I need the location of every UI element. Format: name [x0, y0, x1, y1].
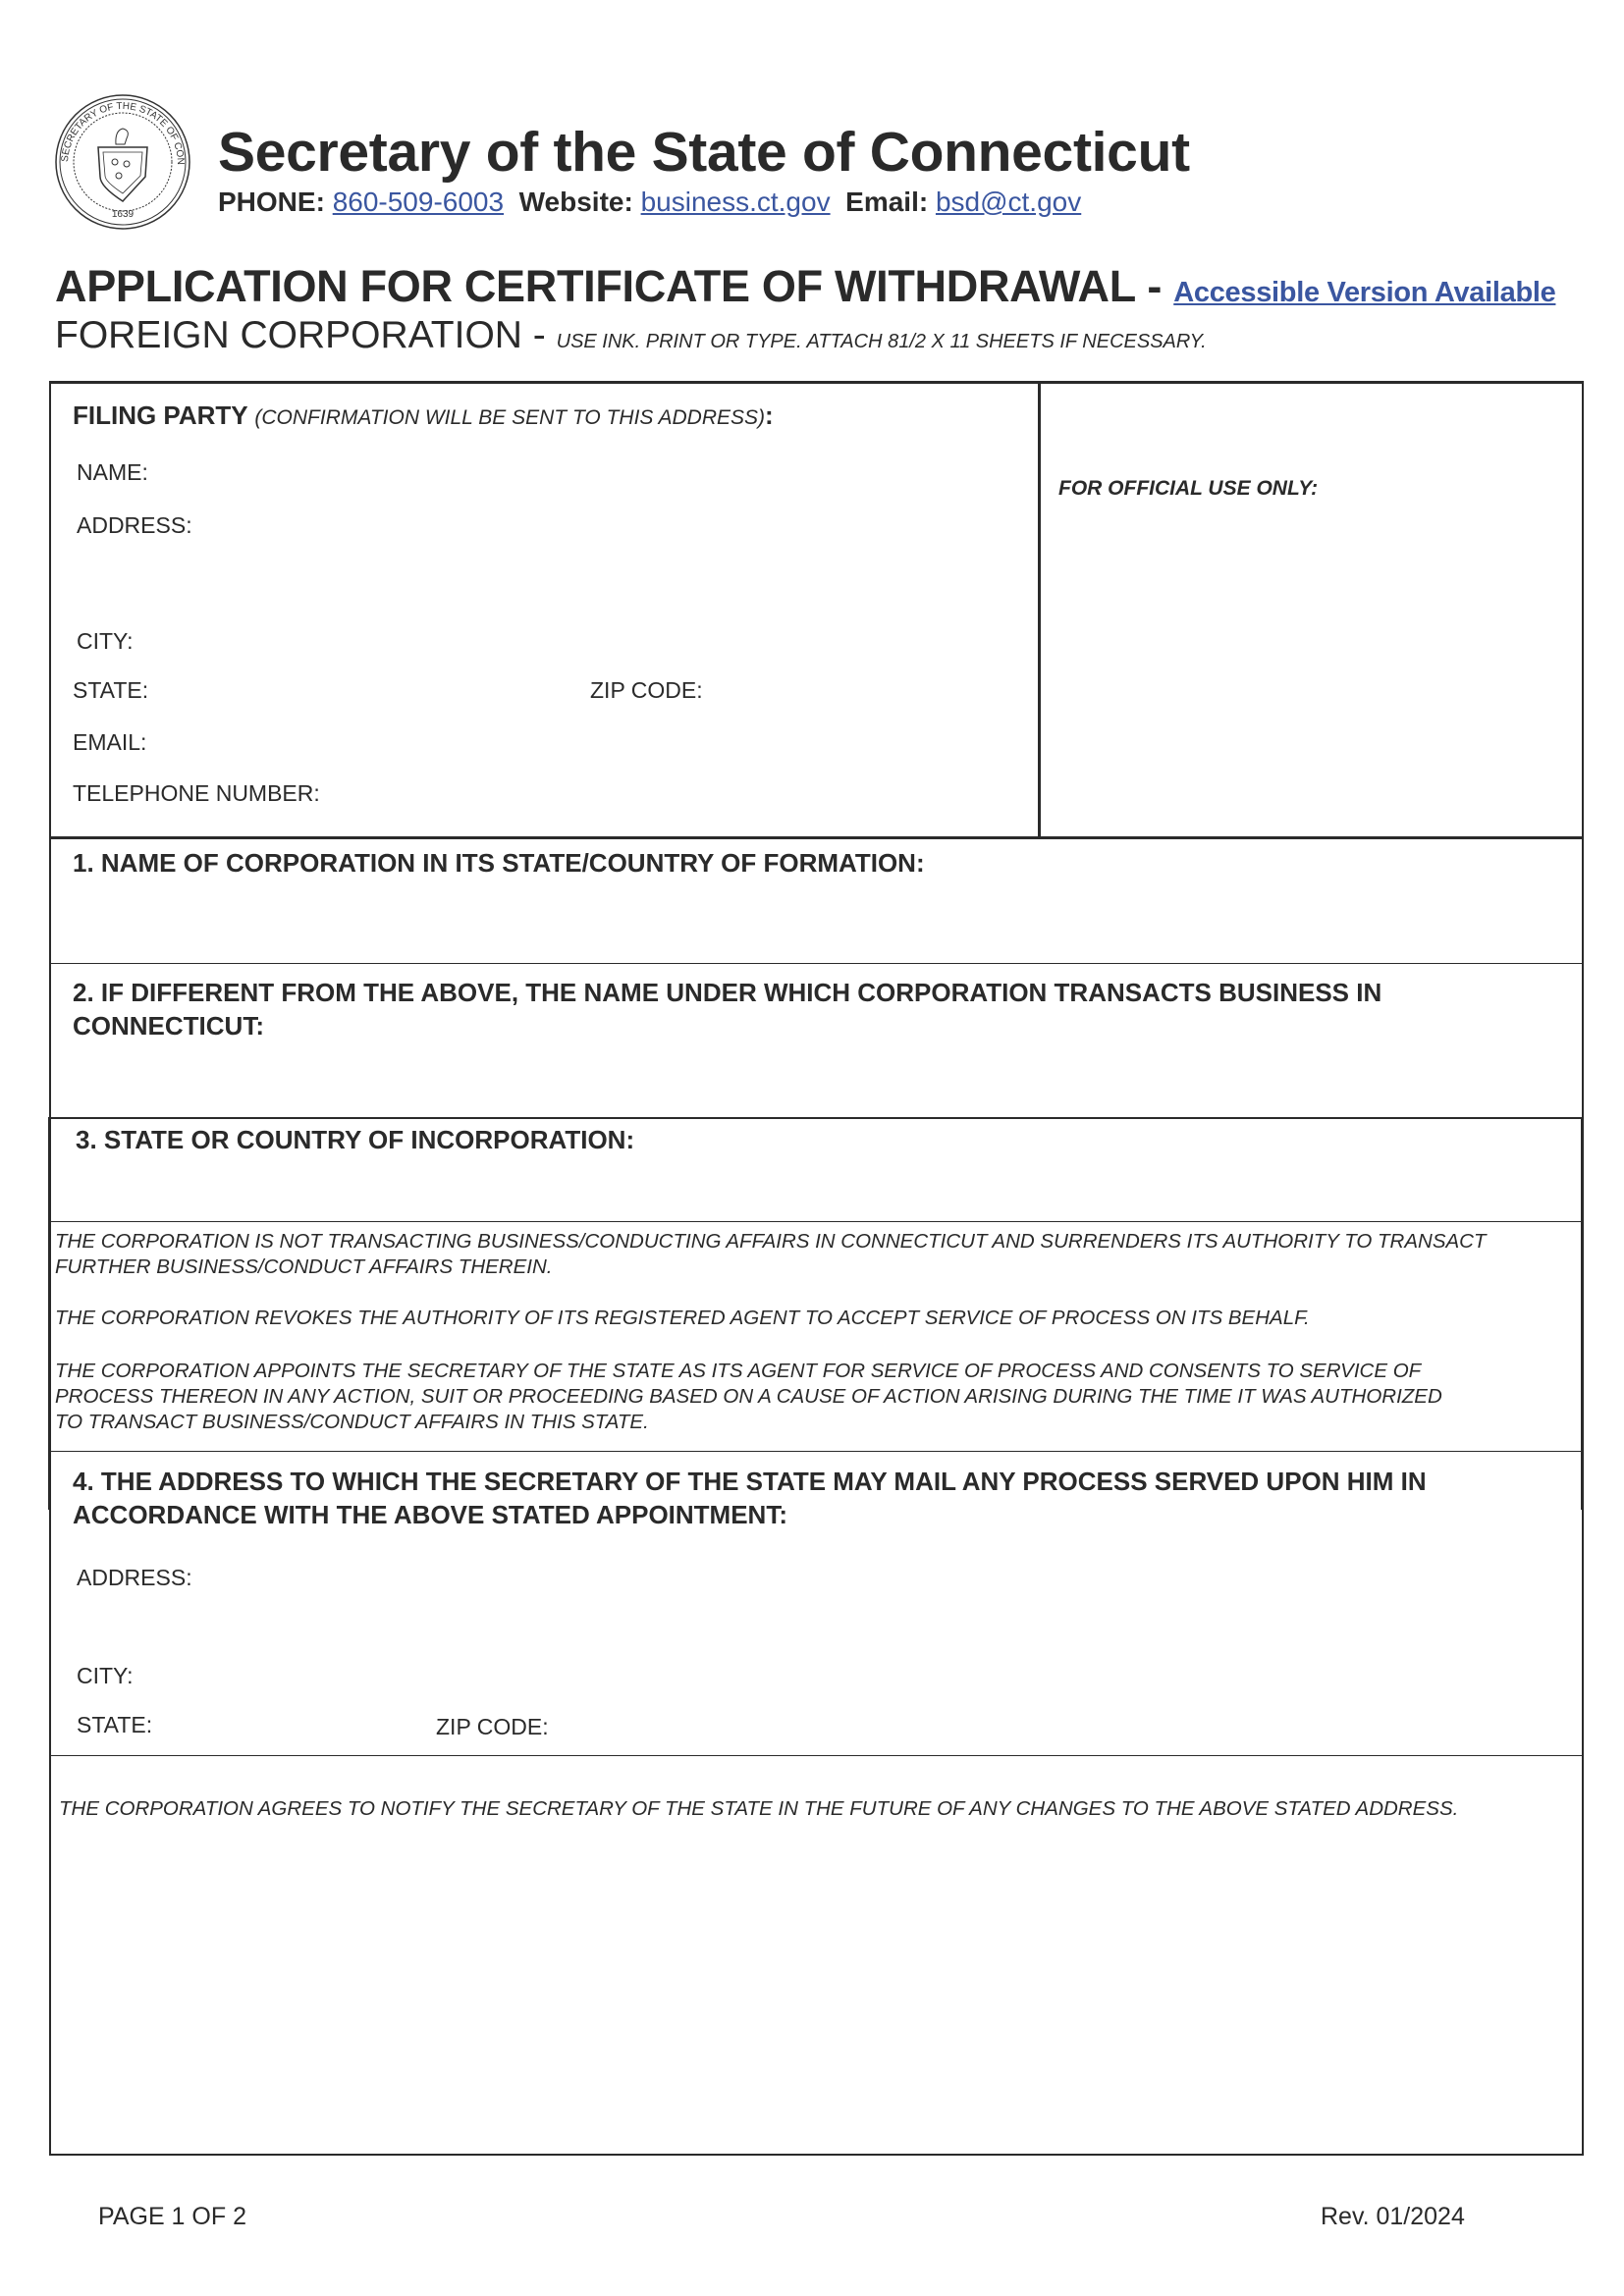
official-use-label: FOR OFFICIAL USE ONLY:: [1058, 477, 1318, 501]
svg-text:1639: 1639: [112, 209, 135, 220]
form-instructions: USE INK. PRINT OR TYPE. ATTACH 81/2 X 11…: [557, 331, 1207, 352]
filing-state-label: STATE:: [73, 677, 148, 704]
accessible-version-link[interactable]: Accessible Version Available: [1173, 277, 1555, 308]
website-link[interactable]: business.ct.gov: [641, 187, 831, 217]
right-accent-border: [1581, 1117, 1584, 1510]
section-4-heading: 4. THE ADDRESS TO WHICH THE SECRETARY OF…: [73, 1465, 1526, 1531]
filing-bottom-border: [49, 836, 1584, 839]
box-top-border: [49, 381, 1584, 384]
section-2-heading: 2. IF DIFFERENT FROM THE ABOVE, THE NAME…: [73, 976, 1526, 1042]
filing-city-label: CITY:: [77, 628, 134, 655]
website-label: Website:: [519, 187, 633, 217]
revision-date: Rev. 01/2024: [1321, 2203, 1465, 2231]
page-number: PAGE 1 OF 2: [98, 2203, 246, 2231]
s3-bottom-border: [49, 1221, 1584, 1222]
section-1-heading: 1. NAME OF CORPORATION IN ITS STATE/COUN…: [73, 848, 925, 879]
filing-party-note: (CONFIRMATION WILL BE SENT TO THIS ADDRE…: [254, 406, 765, 429]
statement-revokes-agent: THE CORPORATION REVOKES THE AUTHORITY OF…: [55, 1306, 1528, 1331]
box-bottom-border: [49, 2154, 1584, 2156]
email-label: Email:: [845, 187, 928, 217]
section-3-heading: 3. STATE OR COUNTRY OF INCORPORATION:: [76, 1125, 634, 1155]
form-title-text: APPLICATION FOR CERTIFICATE OF WITHDRAWA…: [55, 261, 1173, 311]
filing-email-label: EMAIL:: [73, 729, 146, 756]
filing-party-title: FILING PARTY: [73, 400, 247, 430]
s4-bottom-border: [49, 1755, 1584, 1756]
state-seal-icon: SECRETARY OF THE STATE OF CONNECTICUT 16…: [54, 93, 191, 231]
filing-telephone-label: TELEPHONE NUMBER:: [73, 780, 320, 807]
filing-address-label: ADDRESS:: [77, 512, 192, 539]
phone-label: PHONE:: [218, 187, 325, 217]
form-subtitle-text: FOREIGN CORPORATION -: [55, 314, 557, 356]
statement-not-transacting: THE CORPORATION IS NOT TRANSACTING BUSIN…: [55, 1229, 1489, 1280]
form-subtitle: FOREIGN CORPORATION - USE INK. PRINT OR …: [55, 314, 1207, 357]
filing-name-label: NAME:: [77, 459, 148, 486]
form-title: APPLICATION FOR CERTIFICATE OF WITHDRAWA…: [55, 261, 1555, 312]
s4-state-label: STATE:: [77, 1712, 152, 1738]
filing-party-colon: :: [765, 400, 774, 430]
email-link[interactable]: bsd@ct.gov: [936, 187, 1081, 217]
contact-line: PHONE: 860-509-6003 Website: business.ct…: [218, 187, 1081, 218]
filing-zip-label: ZIP CODE:: [590, 677, 703, 704]
s4-city-label: CITY:: [77, 1663, 134, 1689]
statement-appoints-secretary: THE CORPORATION APPOINTS THE SECRETARY O…: [55, 1359, 1449, 1435]
agreement-statement: THE CORPORATION AGREES TO NOTIFY THE SEC…: [55, 1791, 1498, 1827]
s1-bottom-border: [49, 963, 1584, 964]
s4-zip-label: ZIP CODE:: [436, 1714, 549, 1740]
organization-title: Secretary of the State of Connecticut: [218, 120, 1190, 185]
s4-address-label: ADDRESS:: [77, 1565, 192, 1591]
filing-party-heading: FILING PARTY (CONFIRMATION WILL BE SENT …: [73, 400, 774, 431]
statements-bottom-border: [49, 1451, 1584, 1452]
left-accent-border: [48, 1117, 51, 1510]
s2-bottom-border: [49, 1117, 1584, 1119]
phone-link[interactable]: 860-509-6003: [333, 187, 504, 217]
filing-divider: [1038, 381, 1041, 838]
